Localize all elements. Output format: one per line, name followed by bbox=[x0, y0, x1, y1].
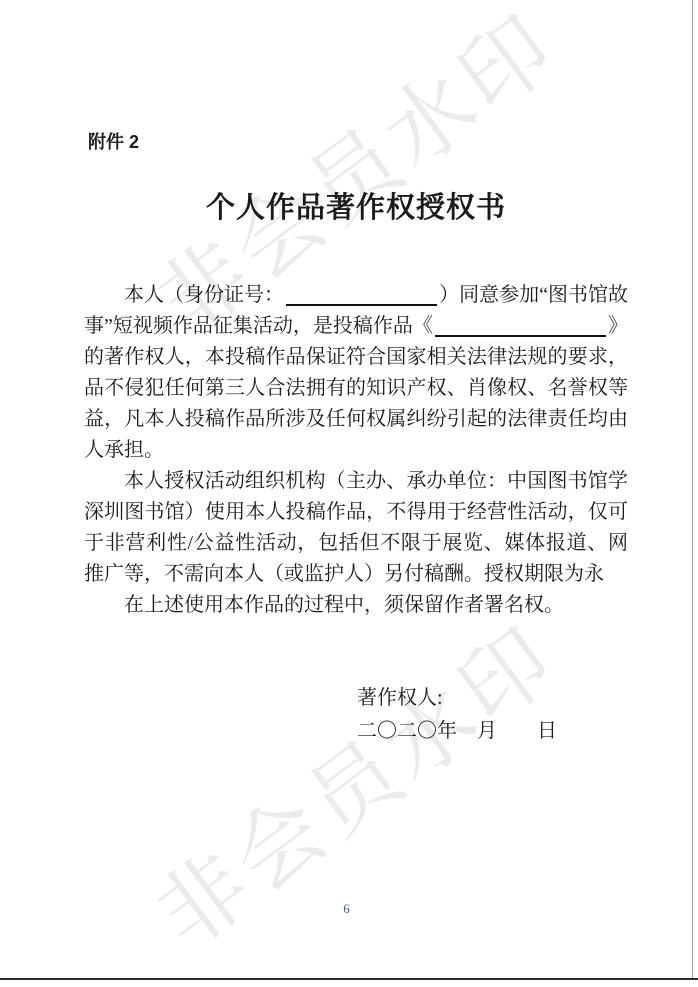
blank-underline-id-number bbox=[286, 304, 437, 306]
body-line: 于非营利性/公益性活动，包括但不限于展览、媒体报道、网络 bbox=[84, 528, 628, 559]
body-text-segment: ）同意参加“图书馆故 bbox=[439, 280, 628, 311]
page-edge-bottom bbox=[0, 978, 698, 980]
body-line: 本人授权活动组织机构（主办、承办单位：中国图书馆学会、 bbox=[84, 466, 628, 497]
body-line: 推广等，不需向本人（或监护人）另付稿酬。授权期限为永久。 bbox=[84, 559, 628, 590]
attachment-label: 附件 2 bbox=[88, 128, 139, 154]
body-text-segment: 本人（身份证号： bbox=[124, 280, 284, 311]
body-line: 人承担。 bbox=[84, 435, 628, 466]
document-page: 非会员水印 非会员水印 附件 2 个人作品著作权授权书 本人（身份证号： ）同意… bbox=[0, 0, 698, 987]
blank-underline-work-title bbox=[435, 335, 606, 337]
page-number: 6 bbox=[0, 902, 693, 916]
body-line: 的著作权人，本投稿作品保证符合国家相关法律法规的要求，作 bbox=[84, 342, 628, 373]
body-line: 品不侵犯任何第三人合法拥有的知识产权、肖像权、名誉权等权 bbox=[84, 373, 628, 404]
body-text-segment: 》 bbox=[608, 311, 628, 342]
copyright-holder-label: 著作权人: bbox=[357, 682, 557, 715]
document-body: 本人（身份证号： ）同意参加“图书馆故 事”短视频作品征集活动，是投稿作品《 》… bbox=[84, 280, 628, 621]
signature-block: 著作权人: 二〇二〇年 月 日 bbox=[357, 682, 557, 748]
body-line: 在上述使用本作品的过程中，须保留作者署名权。 bbox=[84, 590, 628, 621]
document-title: 个人作品著作权授权书 bbox=[84, 192, 628, 224]
body-line: 本人（身份证号： ）同意参加“图书馆故 bbox=[84, 280, 628, 311]
body-line: 益，凡本人投稿作品所涉及任何权属纠纷引起的法律责任均由本 bbox=[84, 404, 628, 435]
date-line: 二〇二〇年 月 日 bbox=[357, 715, 557, 748]
body-text-segment: 事”短视频作品征集活动，是投稿作品《 bbox=[84, 311, 433, 342]
body-line: 深圳图书馆）使用本人投稿作品，不得用于经营性活动，仅可用 bbox=[84, 497, 628, 528]
body-line: 事”短视频作品征集活动，是投稿作品《 》 bbox=[84, 311, 628, 342]
page-edge-right bbox=[692, 0, 693, 979]
